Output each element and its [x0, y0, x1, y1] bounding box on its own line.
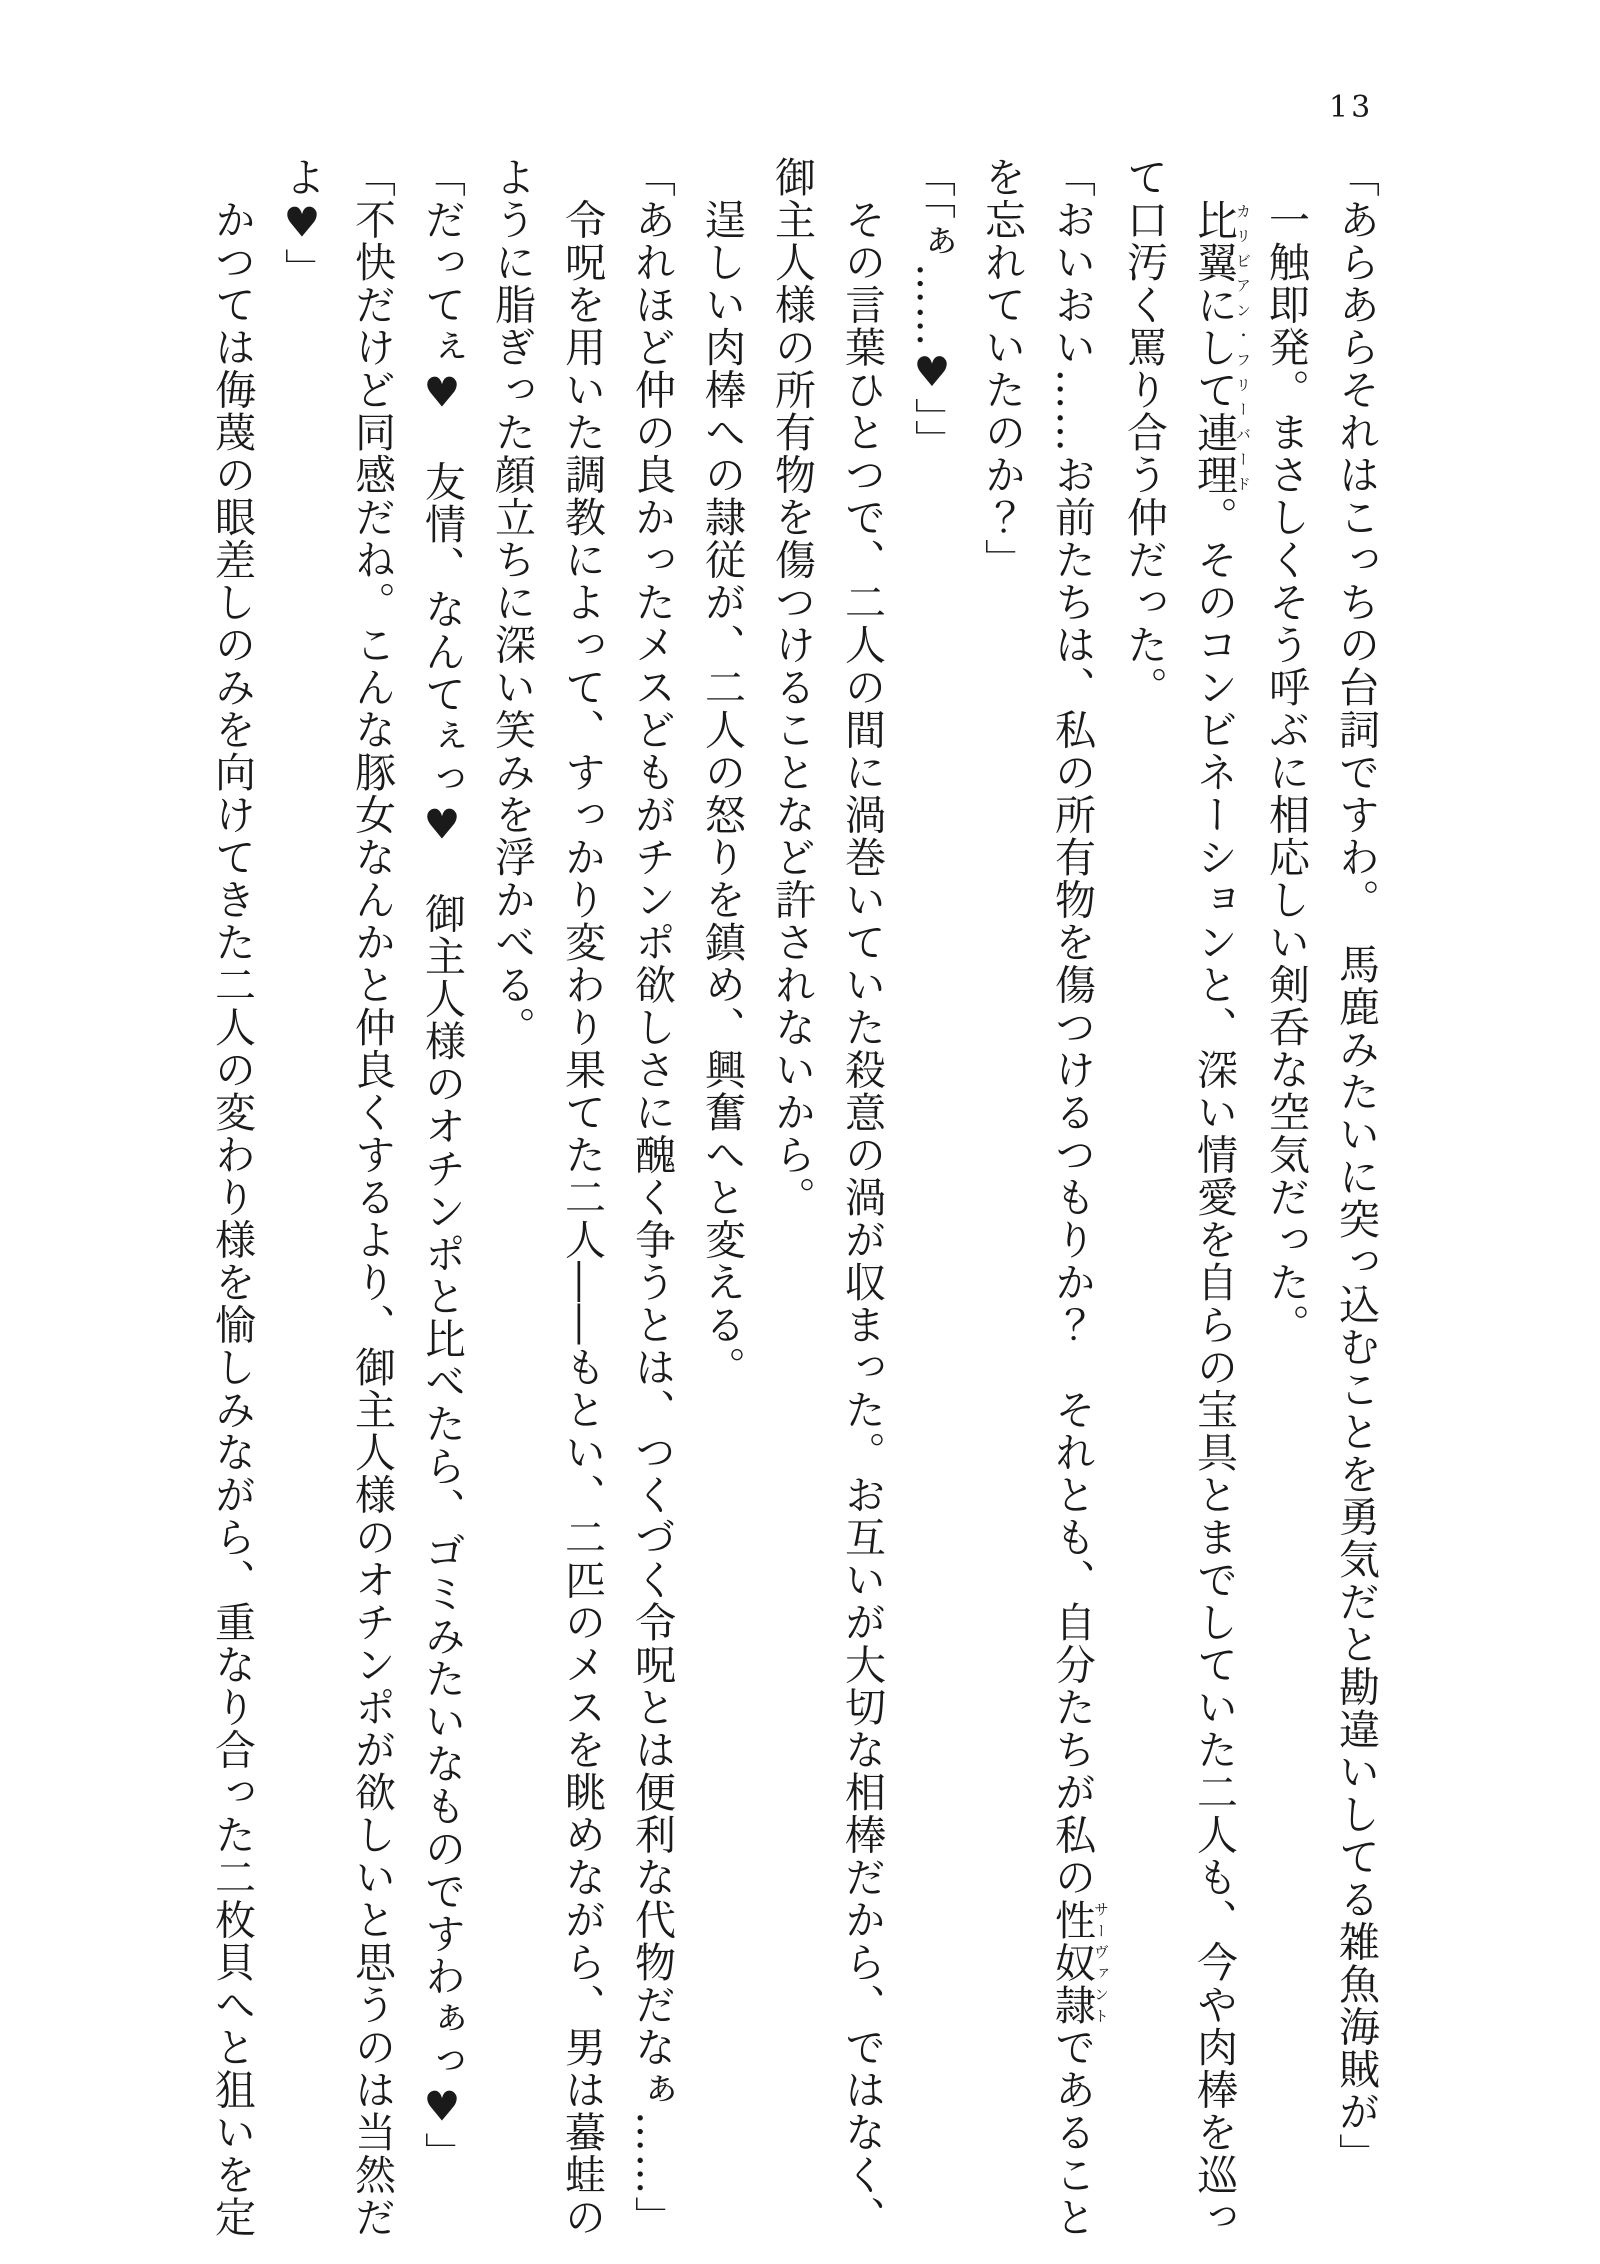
text-column-8: その言葉ひとつで、二人の間に渦巻いていた殺意の渦が収まった。お互いが大切な相棒だ…: [827, 156, 897, 2264]
text-column-13: ように脂ぎった顔立ちに深い笑みを浮かべる。: [477, 156, 547, 2264]
text-column-12: 令呪を用いた調教によって、すっかり変わり果てた二人――もとい、二匹のメスを眺めな…: [547, 156, 617, 2264]
text-column-15: 「不快だけど同感だね。こんな豚女なんかと仲良くするより、御主人様のオチンポが欲し…: [337, 156, 407, 2264]
ruby-annotated-text: 比翼にして連理カリビアン・フリーバード: [1190, 199, 1238, 497]
page-text: 「あらあらそれはこっちの台詞ですわ。 馬鹿みたいに突っ込むことを勇気だと勘違いし…: [197, 156, 1391, 2264]
text-column-3: 比翼にして連理カリビアン・フリーバード。そのコンビネーションと、深い情愛を自らの…: [1179, 156, 1251, 2264]
text-column-5: 「おいおい……お前たちは、私の所有物を傷つけるつもりか？ それとも、自分たちが私…: [1037, 156, 1109, 2264]
text-column-9: 御主人様の所有物を傷つけることなど許されないから。: [757, 156, 827, 2264]
text-column-6: を忘れていたのか？」: [967, 156, 1037, 2264]
ruby-annotated-text: 性奴隷サーヴァント: [1048, 1899, 1096, 2027]
text-column-14: 「だってぇ♥ 友情、なんてぇっ♥ 御主人様のオチンポと比べたら、ゴミみたいなもの…: [407, 156, 477, 2264]
text-column-7: 「「ぁ……♥」」: [897, 156, 967, 2264]
text-column-2: 一触即発。まさしくそう呼ぶに相応しい剣呑な空気だった。: [1251, 156, 1321, 2264]
text-column-10: 逞しい肉棒への隷従が、二人の怒りを鎮め、興奮へと変える。: [687, 156, 757, 2264]
text-column-4: て口汚く罵り合う仲だった。: [1109, 156, 1179, 2264]
text-column-17: かつては侮蔑の眼差しのみを向けてきた二人の変わり様を愉しみながら、重なり合った二…: [197, 156, 267, 2264]
text-column-1: 「あらあらそれはこっちの台詞ですわ。 馬鹿みたいに突っ込むことを勇気だと勘違いし…: [1321, 156, 1391, 2264]
text-column-11: 「あれほど仲の良かったメスどもがチンポ欲しさに醜く争うとは、つくづく令呪とは便利…: [617, 156, 687, 2264]
text-column-16: よ♥」: [267, 156, 337, 2264]
page-number: 13: [1329, 90, 1373, 125]
